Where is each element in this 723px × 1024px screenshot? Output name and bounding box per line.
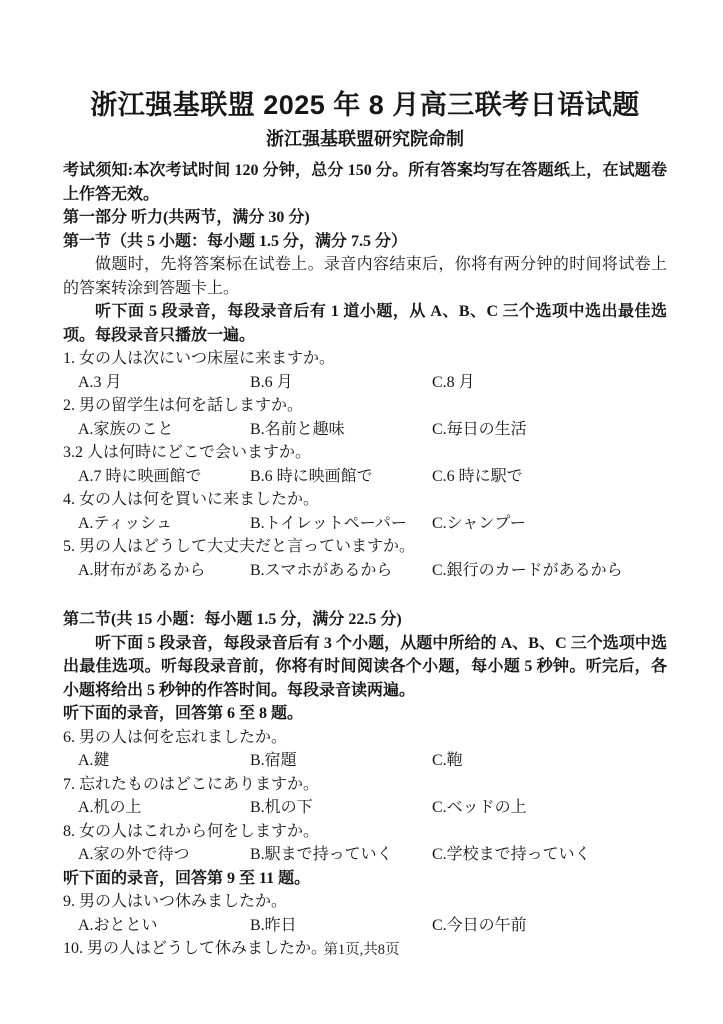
question-options: A.鍵 B.宿題 C.鞄 [63, 749, 667, 773]
section2-instructions: 听下面 5 段录音，每段录音后有 3 个小题，从题中所给的 A、B、C 三个选项… [63, 632, 667, 703]
option-c: C.学校まで持っていく [432, 843, 667, 867]
section1-instructions-1: 做题时，先将答案标在试卷上。录音内容结束后，你将有两分钟的时间将试卷上的答案转涂… [63, 253, 667, 300]
option-b: B.トイレットペーパー [250, 512, 432, 536]
option-b: B.昨日 [250, 914, 432, 938]
option-c: C.8 月 [432, 371, 667, 395]
question-text: 6. 男の人は何を忘れましたか。 [63, 726, 667, 750]
question-7: 7. 忘れたものはどこにありますか。 A.机の上 B.机の下 C.ベッドの上 [63, 773, 667, 820]
question-6: 6. 男の人は何を忘れましたか。 A.鍵 B.宿題 C.鞄 [63, 726, 667, 773]
option-c: C.シャンプー [432, 512, 667, 536]
option-c: C.毎日の生活 [432, 418, 667, 442]
question-9: 9. 男の人はいつ休みましたか。 A.おととい B.昨日 C.今日の午前 [63, 890, 667, 937]
question-2: 2. 男の留学生は何を話しますか。 A.家族のこと B.名前と趣味 C.毎日の生… [63, 394, 667, 441]
option-a: A.家の外で待つ [78, 843, 250, 867]
part1-heading: 第一部分 听力(共两节，满分 30 分) [63, 206, 667, 230]
option-c: C.鞄 [432, 749, 667, 773]
option-a: A.7 時に映画館で [78, 465, 250, 489]
option-a: A.おととい [78, 914, 250, 938]
option-a: A.ティッシュ [78, 512, 250, 536]
option-b: B.6 月 [250, 371, 432, 395]
question-text: 4. 女の人は何を買いに来ましたか。 [63, 488, 667, 512]
question-8: 8. 女の人はこれから何をしますか。 A.家の外で待つ B.駅まで持っていく C… [63, 820, 667, 867]
option-a: A.鍵 [78, 749, 250, 773]
option-b: B.宿題 [250, 749, 432, 773]
question-5: 5. 男の人はどうして大丈夫だと言っていますか。 A.財布があるから B.スマホ… [63, 535, 667, 582]
option-c: C.今日の午前 [432, 914, 667, 938]
section1-heading: 第一节（共 5 小题：每小题 1.5 分，满分 7.5 分） [63, 230, 667, 254]
section2-heading: 第二节(共 15 小题：每小题 1.5 分，满分 22.5 分) [63, 608, 667, 632]
question-options: A.机の上 B.机の下 C.ベッドの上 [63, 796, 667, 820]
question-text: 7. 忘れたものはどこにありますか。 [63, 773, 667, 797]
option-c: C.ベッドの上 [432, 796, 667, 820]
question-text: 9. 男の人はいつ休みましたか。 [63, 890, 667, 914]
option-b: B.名前と趣味 [250, 418, 432, 442]
page-title: 浙江强基联盟 2025 年 8 月高三联考日语试题 [63, 88, 667, 122]
question-text: 5. 男の人はどうして大丈夫だと言っていますか。 [63, 535, 667, 559]
option-c: C.6 時に駅で [432, 465, 667, 489]
option-b: B.駅まで持っていく [250, 843, 432, 867]
option-c: C.銀行のカードがあるから [432, 559, 667, 583]
option-b: B.机の下 [250, 796, 432, 820]
question-text: 2. 男の留学生は何を話しますか。 [63, 394, 667, 418]
option-b: B.スマホがあるから [250, 559, 432, 583]
section1-instructions-2: 听下面 5 段录音，每段录音后有 1 道小题，从 A、B、C 三个选项中选出最佳… [63, 300, 667, 347]
question-options: A.家の外で待つ B.駅まで持っていく C.学校まで持っていく [63, 843, 667, 867]
page-number: 第1页,共8页 [0, 941, 723, 959]
page-subtitle: 浙江强基联盟研究院命制 [63, 128, 667, 150]
question-options: A.おととい B.昨日 C.今日の午前 [63, 914, 667, 938]
question-options: A.7 時に映画館で B.6 時に映画館で C.6 時に駅で [63, 465, 667, 489]
question-options: A.財布があるから B.スマホがあるから C.銀行のカードがあるから [63, 559, 667, 583]
option-a: A.3 月 [78, 371, 250, 395]
question-4: 4. 女の人は何を買いに来ましたか。 A.ティッシュ B.トイレットペーパー C… [63, 488, 667, 535]
option-a: A.家族のこと [78, 418, 250, 442]
section2-prompt-9-11: 听下面的录音，回答第 9 至 11 题。 [63, 867, 667, 891]
question-options: A.3 月 B.6 月 C.8 月 [63, 371, 667, 395]
exam-notice: 考试须知:本次考试时间 120 分钟，总分 150 分。所有答案均写在答题纸上，… [63, 159, 667, 206]
question-text: 3.2 人は何時にどこで会いますか。 [63, 441, 667, 465]
section2-prompt-6-8: 听下面的录音，回答第 6 至 8 题。 [63, 702, 667, 726]
exam-page: 浙江强基联盟 2025 年 8 月高三联考日语试题 浙江强基联盟研究院命制 考试… [0, 0, 723, 1024]
question-options: A.家族のこと B.名前と趣味 C.毎日の生活 [63, 418, 667, 442]
question-text: 8. 女の人はこれから何をしますか。 [63, 820, 667, 844]
question-1: 1. 女の人は次にいつ床屋に来ますか。 A.3 月 B.6 月 C.8 月 [63, 347, 667, 394]
option-b: B.6 時に映画館で [250, 465, 432, 489]
question-text: 1. 女の人は次にいつ床屋に来ますか。 [63, 347, 667, 371]
option-a: A.財布があるから [78, 559, 250, 583]
question-options: A.ティッシュ B.トイレットペーパー C.シャンプー [63, 512, 667, 536]
option-a: A.机の上 [78, 796, 250, 820]
question-3: 3.2 人は何時にどこで会いますか。 A.7 時に映画館で B.6 時に映画館で… [63, 441, 667, 488]
